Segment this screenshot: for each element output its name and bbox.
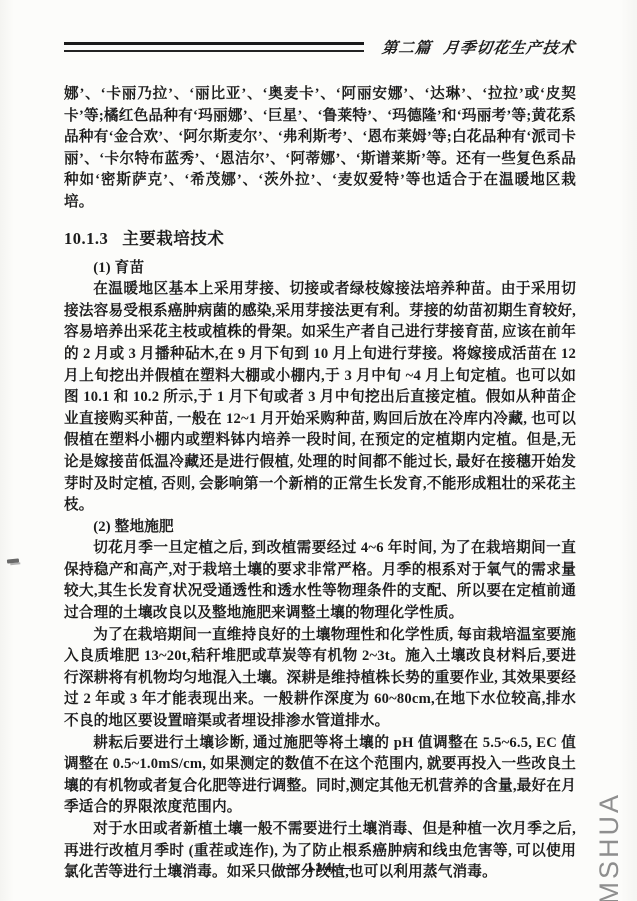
section-heading: 10.1.3主要栽培技术: [64, 227, 576, 251]
watermark-text: MSHUA: [594, 792, 625, 901]
page-footer: — 114 —: [64, 860, 576, 877]
subsection-2-paragraph-1: 切花月季一旦定植之后, 到改植需要经过 4~6 年时间, 为了在栽培期间一直保持…: [64, 538, 576, 624]
chapter-heading: 第二篇月季切花生产技术: [381, 36, 577, 58]
scan-artifact: [7, 558, 19, 563]
section-number: 10.1.3: [64, 229, 108, 248]
subsection-2-paragraph-3: 耕耘后要进行土壤诊断, 通过施肥等将土壤的 pH 值调整在 5.5~6.5, E…: [64, 733, 576, 819]
chapter-label: 第二篇: [381, 40, 432, 57]
page-number: — 114 —: [283, 860, 356, 876]
intro-paragraph: 娜’、‘卡丽乃拉’、‘丽比亚’、‘奥麦卡’、‘阿丽安娜’、‘达琳’、‘拉拉’或‘…: [64, 84, 576, 214]
subsection-1-paragraph: 在温暖地区基本上采用芽接、切接或者绿枝嫁接法培养种苗。由于采用切接法容易受根系癌…: [64, 279, 576, 517]
book-page: 第二篇月季切花生产技术 娜’、‘卡丽乃拉’、‘丽比亚’、‘奥麦卡’、‘阿丽安娜’…: [0, 0, 637, 901]
page-body: 娜’、‘卡丽乃拉’、‘丽比亚’、‘奥麦卡’、‘阿丽安娜’、‘达琳’、‘拉拉’或‘…: [64, 84, 576, 884]
section-title: 主要栽培技术: [122, 229, 224, 248]
subsection-2-label: (2) 整地施肥: [64, 517, 576, 539]
subsection-1-label: (1) 育苗: [64, 258, 576, 280]
chapter-title: 月季切花生产技术: [443, 40, 577, 57]
running-header: 第二篇月季切花生产技术: [64, 36, 576, 58]
header-rule: [64, 42, 364, 52]
subsection-2-paragraph-2: 为了在栽培期间一直维持良好的土壤物理性和化学性质, 每亩栽培温室要施入良质堆肥 …: [64, 625, 576, 733]
